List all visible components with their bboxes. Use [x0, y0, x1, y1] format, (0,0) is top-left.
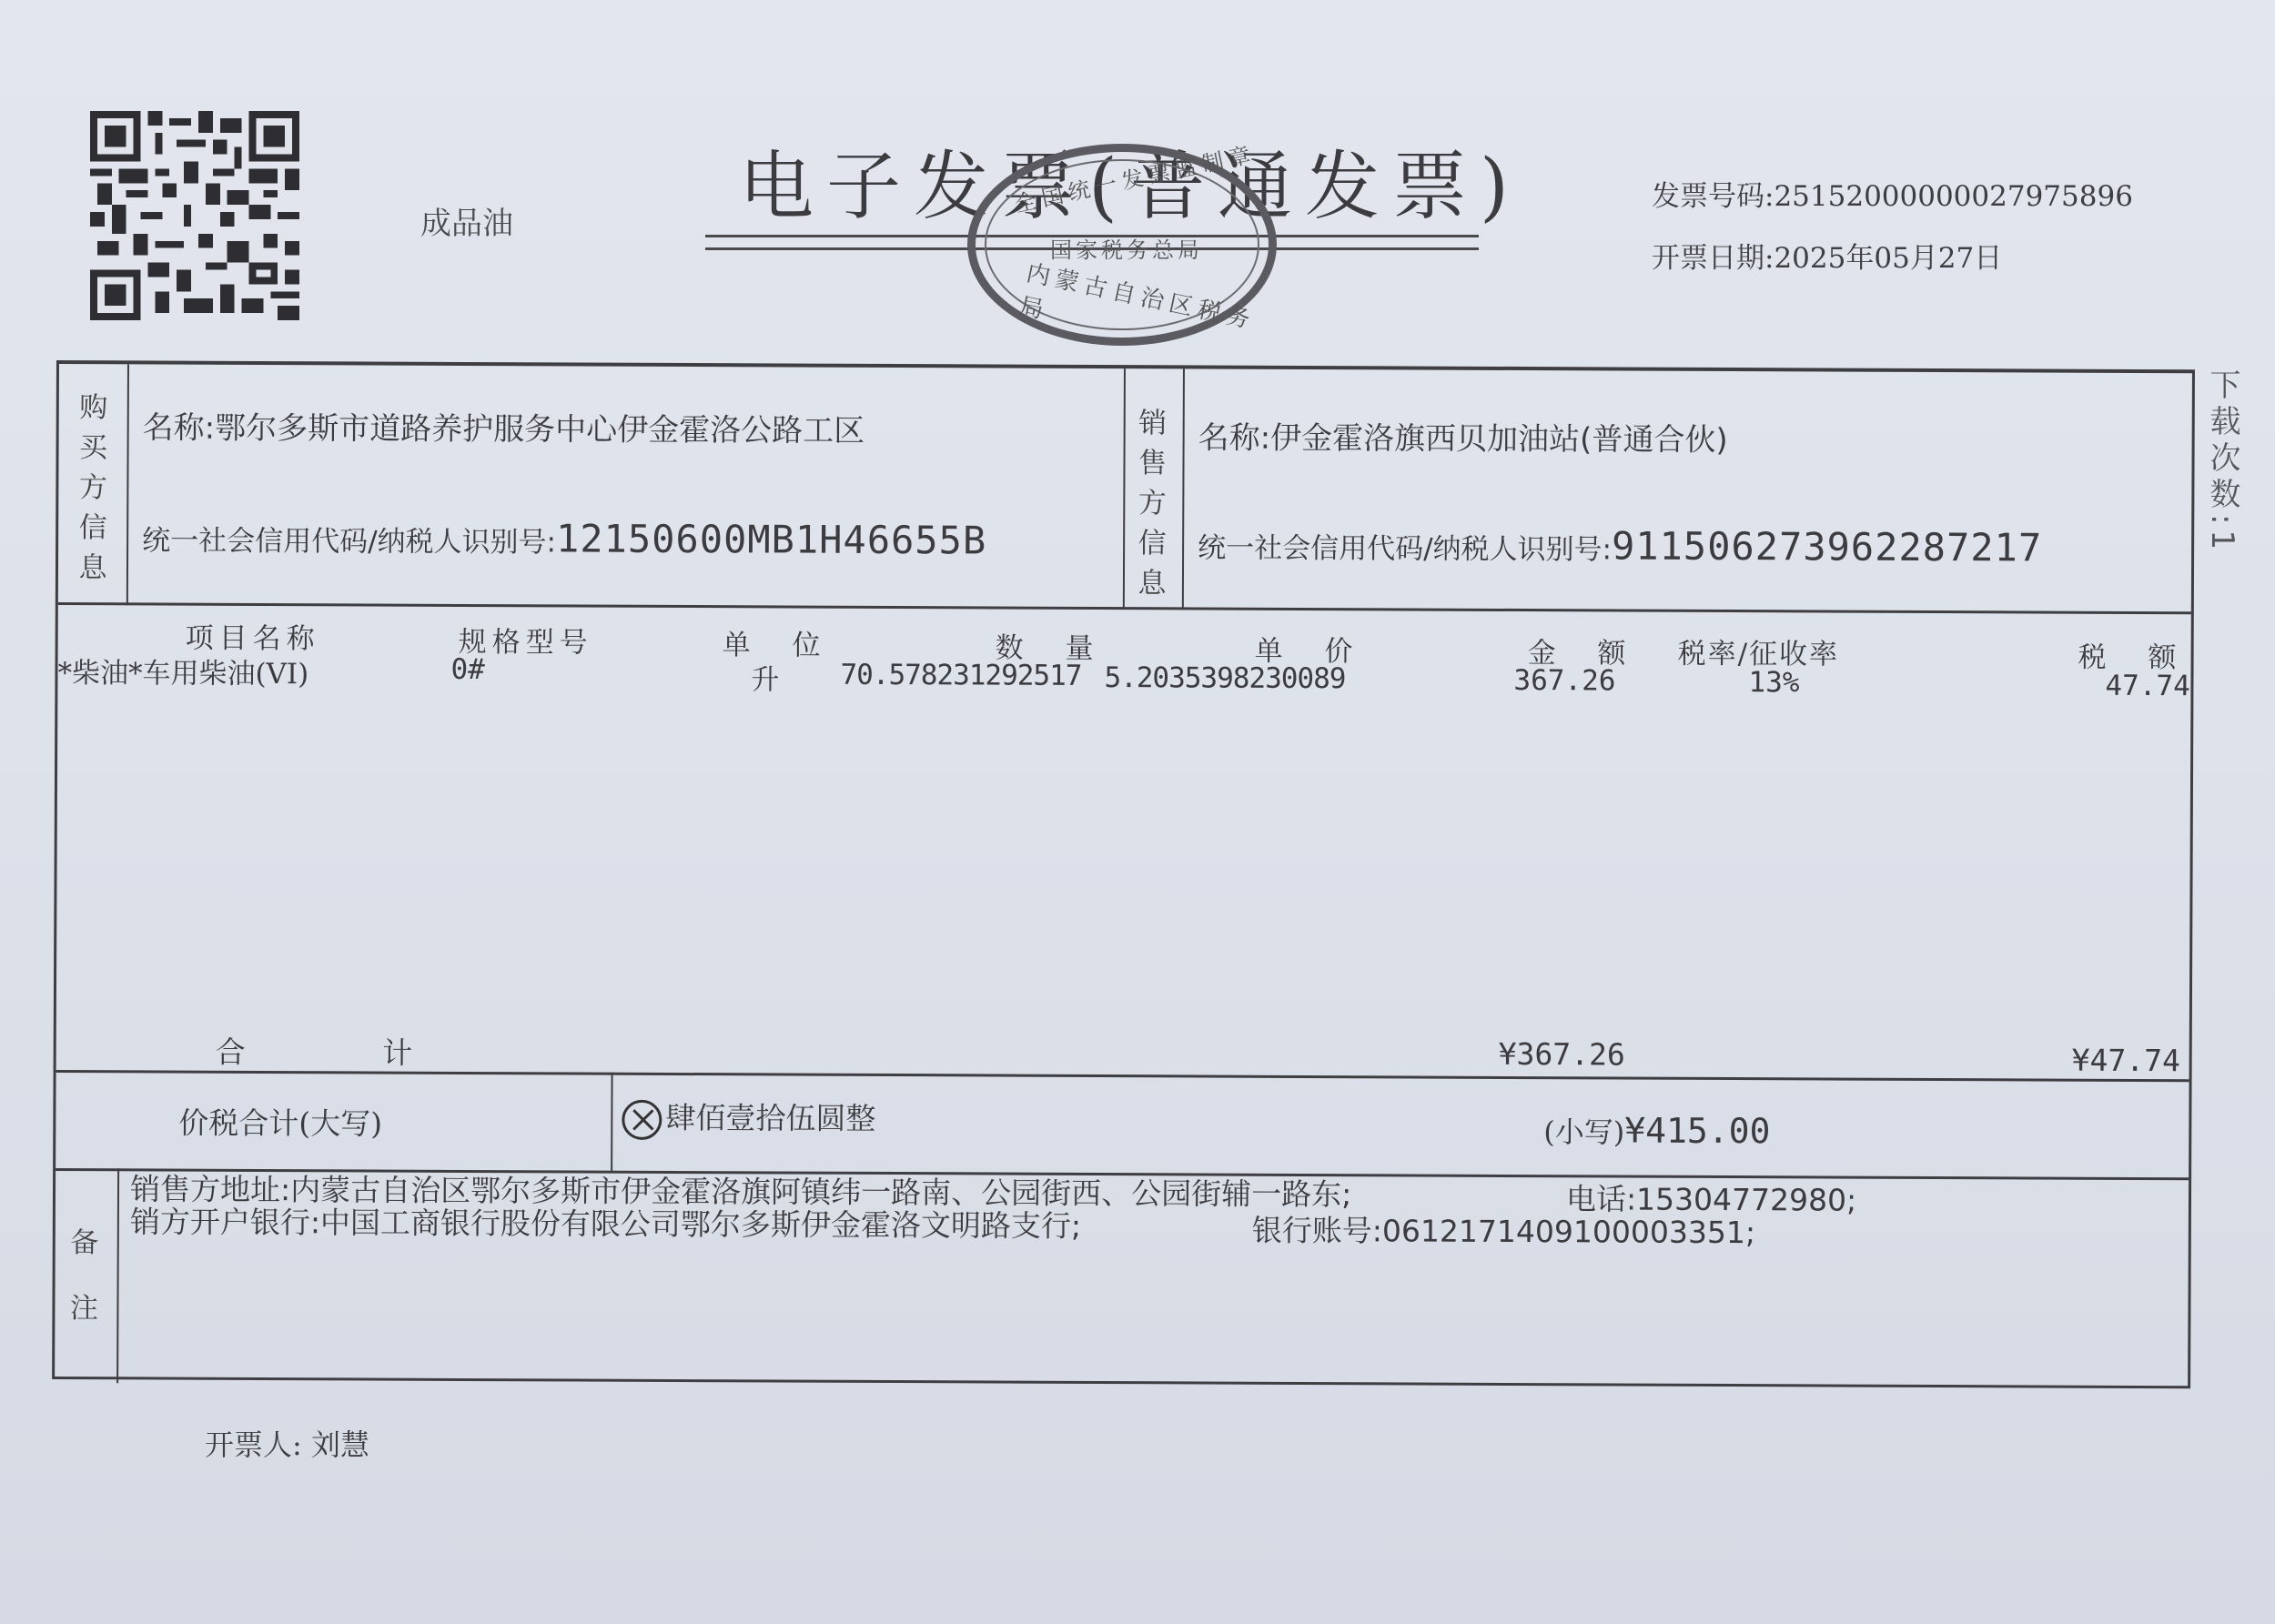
buyer-tax-id-value: 12150600MB1H46655B [556, 516, 986, 562]
item-amount: 367.26 [1513, 664, 1615, 697]
qr-code-icon [89, 111, 300, 320]
circled-x-icon [622, 1100, 662, 1140]
download-count-value: 1 [2204, 530, 2240, 555]
invoice-table: 购买方信息 名称:鄂尔多斯市道路养护服务中心伊金霍洛公路工区 统一社会信用代码/… [52, 360, 2195, 1388]
seller-tax-id-label: 统一社会信用代码/纳税人识别号: [1198, 531, 1612, 566]
seller-name: 名称:伊金霍洛旗西贝加油站(普通合伙) [1198, 412, 1728, 459]
grand-total-small-label: (小写) [1543, 1115, 1624, 1149]
grand-total-amount: ¥415.00 [1624, 1111, 1770, 1152]
item-spec: 0# [450, 653, 484, 686]
seller-bank: 销方开户银行:中国工商银行股份有限公司鄂尔多斯伊金霍洛文明路支行; [130, 1205, 1081, 1244]
item-name: *柴油*车用柴油(VI) [57, 650, 308, 691]
total-tax: ¥47.74 [2072, 1043, 2180, 1079]
buyer-tax-id: 统一社会信用代码/纳税人识别号:12150600MB1H46655B [142, 514, 986, 562]
divider [126, 364, 129, 605]
grand-total-label: 价税合计(大写) [178, 1100, 382, 1144]
divider [1123, 368, 1126, 610]
seller-name-label: 名称: [1198, 419, 1271, 456]
buyer-tax-id-label: 统一社会信用代码/纳税人识别号: [142, 524, 556, 559]
seller-tax-id-value: 91150627396228721​7 [1612, 523, 2042, 570]
seller-section-label: 销售方信息 [1134, 403, 1171, 603]
item-unit: 升 [751, 656, 779, 697]
seller-phone: 电话:15304772980; [1566, 1182, 1856, 1217]
download-count-label: 下载次数: [2204, 368, 2240, 530]
stamp-middle-text: 国家税务总局 [1050, 232, 1203, 264]
seller-tax-id: 统一社会信用代码/纳税人识别号:91150627396228721​7 [1198, 521, 2042, 570]
issue-date-label: 开票日期: [1652, 242, 1774, 275]
divider [1182, 368, 1185, 610]
buyer-name: 名称:鄂尔多斯市道路养护服务中心伊金霍洛公路工区 [143, 402, 865, 449]
invoice-number: 发票号码:25152000000027975896 [1652, 173, 2133, 214]
grand-total-words-value: 肆佰壹拾伍圆整 [665, 1100, 875, 1136]
divider [56, 1070, 2189, 1082]
total-label: 合 计 [216, 1029, 477, 1073]
issuer: 开票人: 刘慧 [205, 1422, 369, 1464]
invoice-number-label: 发票号码: [1652, 180, 1774, 213]
grand-total-words: 肆佰壹拾伍圆整 [622, 1094, 875, 1141]
issue-date-value: 2025年05月27日 [1774, 242, 2002, 275]
seller-name-value: 伊金霍洛旗西贝加油站(普通合伙) [1270, 420, 1728, 459]
total-amount: ¥367.26 [1499, 1036, 1625, 1073]
divider [611, 1073, 612, 1173]
buyer-name-value: 鄂尔多斯市道路养护服务中心伊金霍洛公路工区 [215, 410, 864, 449]
remarks-label: 备注 [66, 1210, 103, 1341]
seller-bank-account: 银行账号:0612171409100003351; [1252, 1214, 1755, 1250]
download-count: 下载次数:1 [2202, 368, 2242, 555]
issuer-label: 开票人: [205, 1427, 302, 1462]
issue-date: 开票日期:2025年05月27日 [1652, 235, 2002, 276]
item-tax: 47.74 [2105, 670, 2189, 702]
buyer-name-label: 名称: [143, 409, 216, 446]
grand-total-small: (小写)¥415.00 [1543, 1109, 1770, 1152]
divider [116, 1168, 119, 1383]
buyer-section-label: 购买方信息 [75, 388, 112, 588]
issuer-name: 刘慧 [311, 1427, 369, 1462]
qr-code [89, 111, 300, 320]
tax-bureau-stamp: 全国统一发票监制章 国家税务总局 内蒙古自治区税务局 [967, 144, 1277, 346]
invoice-category: 成品油 [420, 198, 513, 243]
item-quantity: 70.578231292517 [840, 659, 1081, 692]
invoice-number-value: 25152000000027975896 [1774, 180, 2132, 213]
item-tax-rate: 13% [1748, 666, 1799, 699]
item-unit-price: 5.2035398230089 [1104, 661, 1345, 695]
